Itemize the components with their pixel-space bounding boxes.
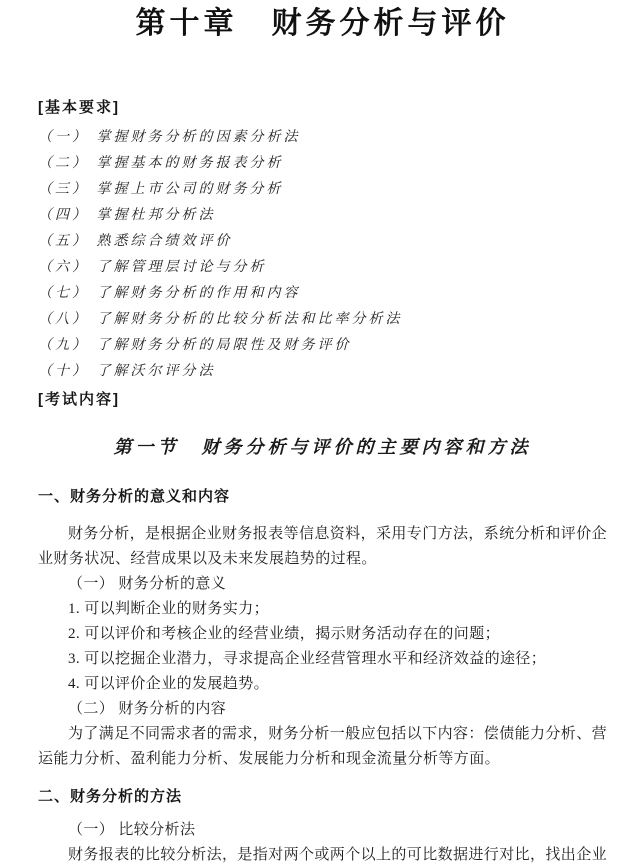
requirement-item: （八） 了解财务分析的比较分析法和比率分析法 [38,306,607,332]
section-title: 第一节 财务分析与评价的主要内容和方法 [38,434,607,462]
document-page: 第十章 财务分析与评价 [基本要求] （一） 掌握财务分析的因素分析法 （二） … [0,0,644,864]
requirement-item: （三） 掌握上市公司的财务分析 [38,176,607,202]
method-1-heading: （一） 比较分析法 [38,818,607,843]
meaning-point: 2. 可以评价和考核企业的经营业绩，揭示财务活动存在的问题； [38,622,607,647]
basic-requirements-label: [基本要求] [38,98,607,118]
basic-requirements-list: （一） 掌握财务分析的因素分析法 （二） 掌握基本的财务报表分析 （三） 掌握上… [38,124,607,384]
subsection-2-heading: 二、财务分析的方法 [38,786,607,808]
meaning-point: 3. 可以挖掘企业潜力，寻求提高企业经营管理水平和经济效益的途径； [38,647,607,672]
requirement-item: （七） 了解财务分析的作用和内容 [38,280,607,306]
method-1-paragraph: 财务报表的比较分析法，是指对两个或两个以上的可比数据进行对比，找出企业 [38,843,607,864]
meaning-heading: （一） 财务分析的意义 [38,572,607,597]
requirement-item: （九） 了解财务分析的局限性及财务评价 [38,332,607,358]
requirement-item: （四） 掌握杜邦分析法 [38,202,607,228]
requirement-item: （五） 熟悉综合绩效评价 [38,228,607,254]
requirement-item: （六） 了解管理层讨论与分析 [38,254,607,280]
meaning-point: 4. 可以评价企业的发展趋势。 [38,672,607,697]
exam-content-label: [考试内容] [38,390,607,410]
intro-paragraph: 财务分析，是根据企业财务报表等信息资料，采用专门方法，系统分析和评价企业财务状况… [38,522,607,572]
requirement-item: （二） 掌握基本的财务报表分析 [38,150,607,176]
requirement-item: （十） 了解沃尔评分法 [38,358,607,384]
content-heading: （二） 财务分析的内容 [38,697,607,722]
content-paragraph: 为了满足不同需求者的需求，财务分析一般应包括以下内容：偿债能力分析、营运能力分析… [38,722,607,772]
subsection-1-heading: 一、财务分析的意义和内容 [38,486,607,508]
requirement-item: （一） 掌握财务分析的因素分析法 [38,124,607,150]
meaning-point: 1. 可以判断企业的财务实力； [38,597,607,622]
chapter-title: 第十章 财务分析与评价 [38,6,607,42]
